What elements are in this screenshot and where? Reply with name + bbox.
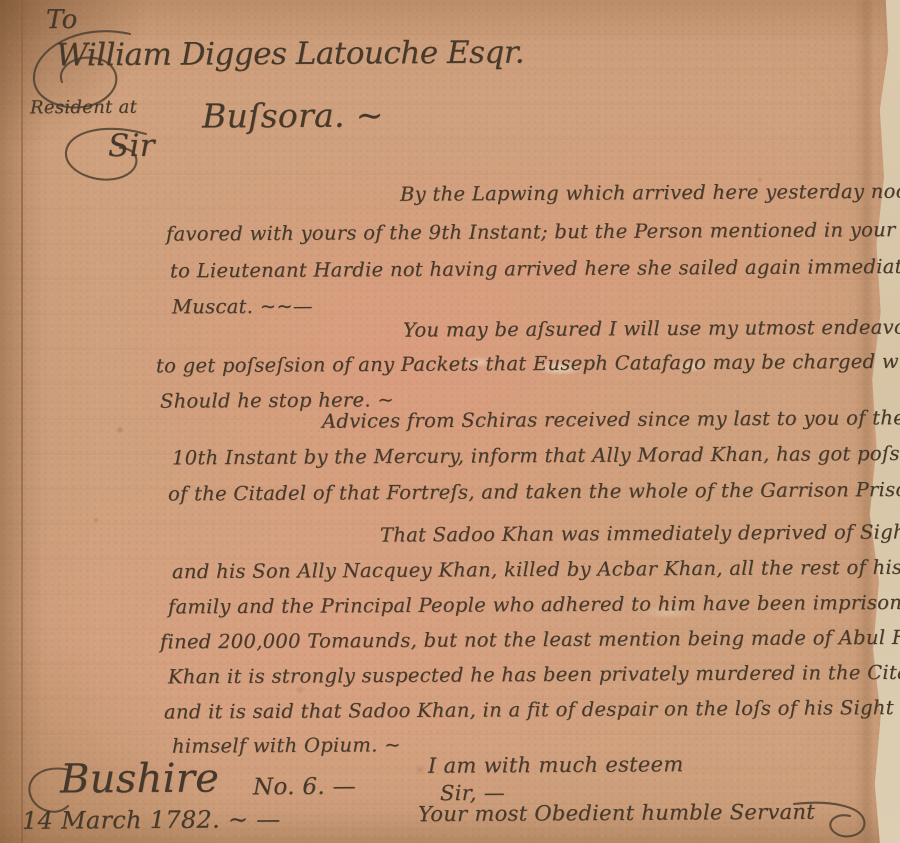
letter-line: You may be aſsured I will use my utmost … xyxy=(403,315,900,341)
letter-line: By the Lapwing which arrived here yester… xyxy=(400,179,900,206)
dateline-date: 14 March 1782. ~ — xyxy=(22,805,281,835)
letter-line: of the Citadel of that Fortreſs, and tak… xyxy=(168,478,900,506)
letter-line: to Lieutenant Hardie not having arrived … xyxy=(170,255,900,283)
letter-line: Muscat. ~~— xyxy=(172,295,313,319)
resident-line: Resident at xyxy=(30,97,137,119)
letter-line: fined 200,000 Tomaunds, but not the leas… xyxy=(160,626,900,654)
closing-esteem: I am with much esteem xyxy=(428,752,684,778)
letter-line: 10th Instant by the Mercury, inform that… xyxy=(172,442,900,470)
letter-line: family and the Principal People who adhe… xyxy=(168,591,900,619)
letter-line: That Sadoo Khan was immediately deprived… xyxy=(380,520,900,546)
letter-scan: To William Digges Latouche Esqr. Residen… xyxy=(0,0,900,843)
margin-rule-line xyxy=(21,0,23,843)
dateline-place: Bushire xyxy=(60,756,219,803)
salutation: Sir xyxy=(108,128,155,164)
to-label: To xyxy=(46,5,78,35)
letter-line: and his Son Ally Nacquey Khan, killed by… xyxy=(172,556,900,583)
addressee-name: William Digges Latouche Esqr. xyxy=(56,35,524,74)
letter-line: favored with yours of the 9th Instant; b… xyxy=(166,217,900,245)
letter-line: himself with Opium. ~ xyxy=(172,733,401,757)
place-line: Buſsora. ~ xyxy=(202,95,384,135)
letter-line: to get poſseſsion of any Packets that Eu… xyxy=(156,350,900,378)
dispatch-number: No. 6. — xyxy=(253,774,356,801)
closing-servant: Your most Obedient humble Servant xyxy=(418,800,815,826)
letter-line: and it is said that Sadoo Khan, in a fit… xyxy=(164,695,900,723)
letter-line: Khan it is strongly suspected he has bee… xyxy=(168,661,900,689)
letter-line: Advices from Schiras received since my l… xyxy=(322,406,900,433)
